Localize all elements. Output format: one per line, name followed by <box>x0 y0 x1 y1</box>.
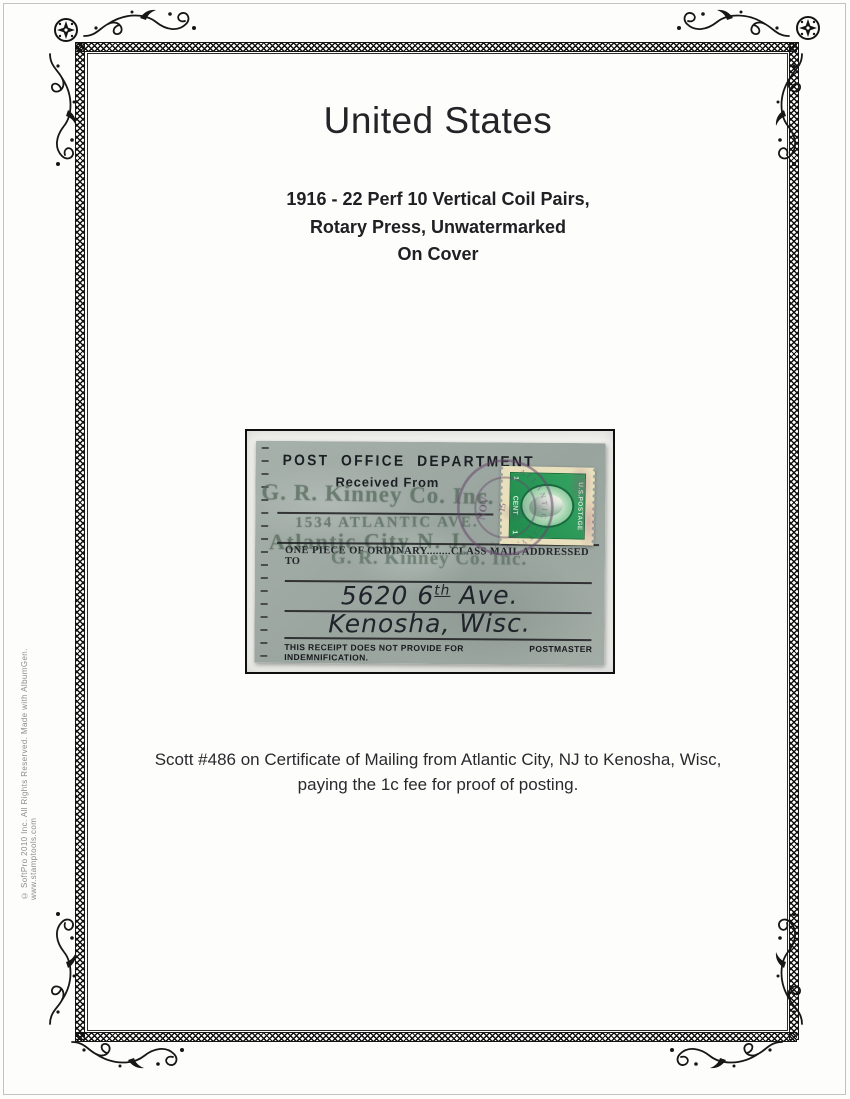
corner-flourish-icon <box>44 52 80 172</box>
photo-caption-line: Scott #486 on Certificate of Mailing fro… <box>90 747 786 772</box>
border-band-right <box>789 42 799 1040</box>
wheel-medallion-icon <box>53 17 79 43</box>
certificate-footer: THIS RECEIPT DOES NOT PROVIDE FOR INDEMN… <box>284 642 592 664</box>
postmark-month: NOV <box>476 496 491 521</box>
corner-flourish-icon <box>671 6 791 42</box>
handwritten-street-ordinal: th <box>434 583 450 599</box>
corner-flourish-icon <box>772 906 808 1026</box>
indemnification-notice: THIS RECEIPT DOES NOT PROVIDE FOR INDEMN… <box>284 642 529 664</box>
border-band-top <box>75 42 797 52</box>
to-label: TO <box>285 556 300 567</box>
corner-flourish-icon <box>664 1036 784 1072</box>
copyright-sidebar-text: © SoftPro 2010 Inc. All Rights Reserved.… <box>20 570 34 900</box>
page-subtitle-line: 1916 - 22 Perf 10 Vertical Coil Pairs, <box>90 186 786 214</box>
handwritten-street-number: 5620 6 <box>341 581 435 610</box>
photo-caption-line: paying the 1c fee for proof of posting. <box>90 772 786 797</box>
wheel-medallion-icon <box>795 15 821 41</box>
page-subtitle-line: Rotary Press, Unwatermarked <box>90 214 786 242</box>
corner-flourish-icon <box>82 6 202 42</box>
postmark-day: 15 <box>496 502 508 513</box>
photo-caption: Scott #486 on Certificate of Mailing fro… <box>90 747 786 797</box>
border-band-left <box>75 42 85 1040</box>
album-page: United States 1916 - 22 Perf 10 Vertical… <box>0 0 850 1099</box>
handwritten-city: Kenosha, Wisc. <box>254 608 604 638</box>
postmark-icon: ATLANTIC CITY, N.J. NOV 15 <box>448 450 563 565</box>
corner-flourish-icon <box>44 906 80 1026</box>
certificate-card: POST OFFICE DEPARTMENT Received From G. … <box>254 441 606 665</box>
handwritten-street: 5620 6th Ave. <box>255 580 605 610</box>
handwritten-street-suffix: Ave. <box>450 581 518 610</box>
corner-flourish-icon <box>70 1036 190 1072</box>
postmaster-label: POSTMASTER <box>529 644 592 664</box>
page-title: United States <box>90 100 786 142</box>
page-subtitle-line: On Cover <box>90 241 786 269</box>
page-subtitle: 1916 - 22 Perf 10 Vertical Coil Pairs, R… <box>90 186 786 269</box>
certificate-photo-frame: POST OFFICE DEPARTMENT Received From G. … <box>245 429 615 674</box>
